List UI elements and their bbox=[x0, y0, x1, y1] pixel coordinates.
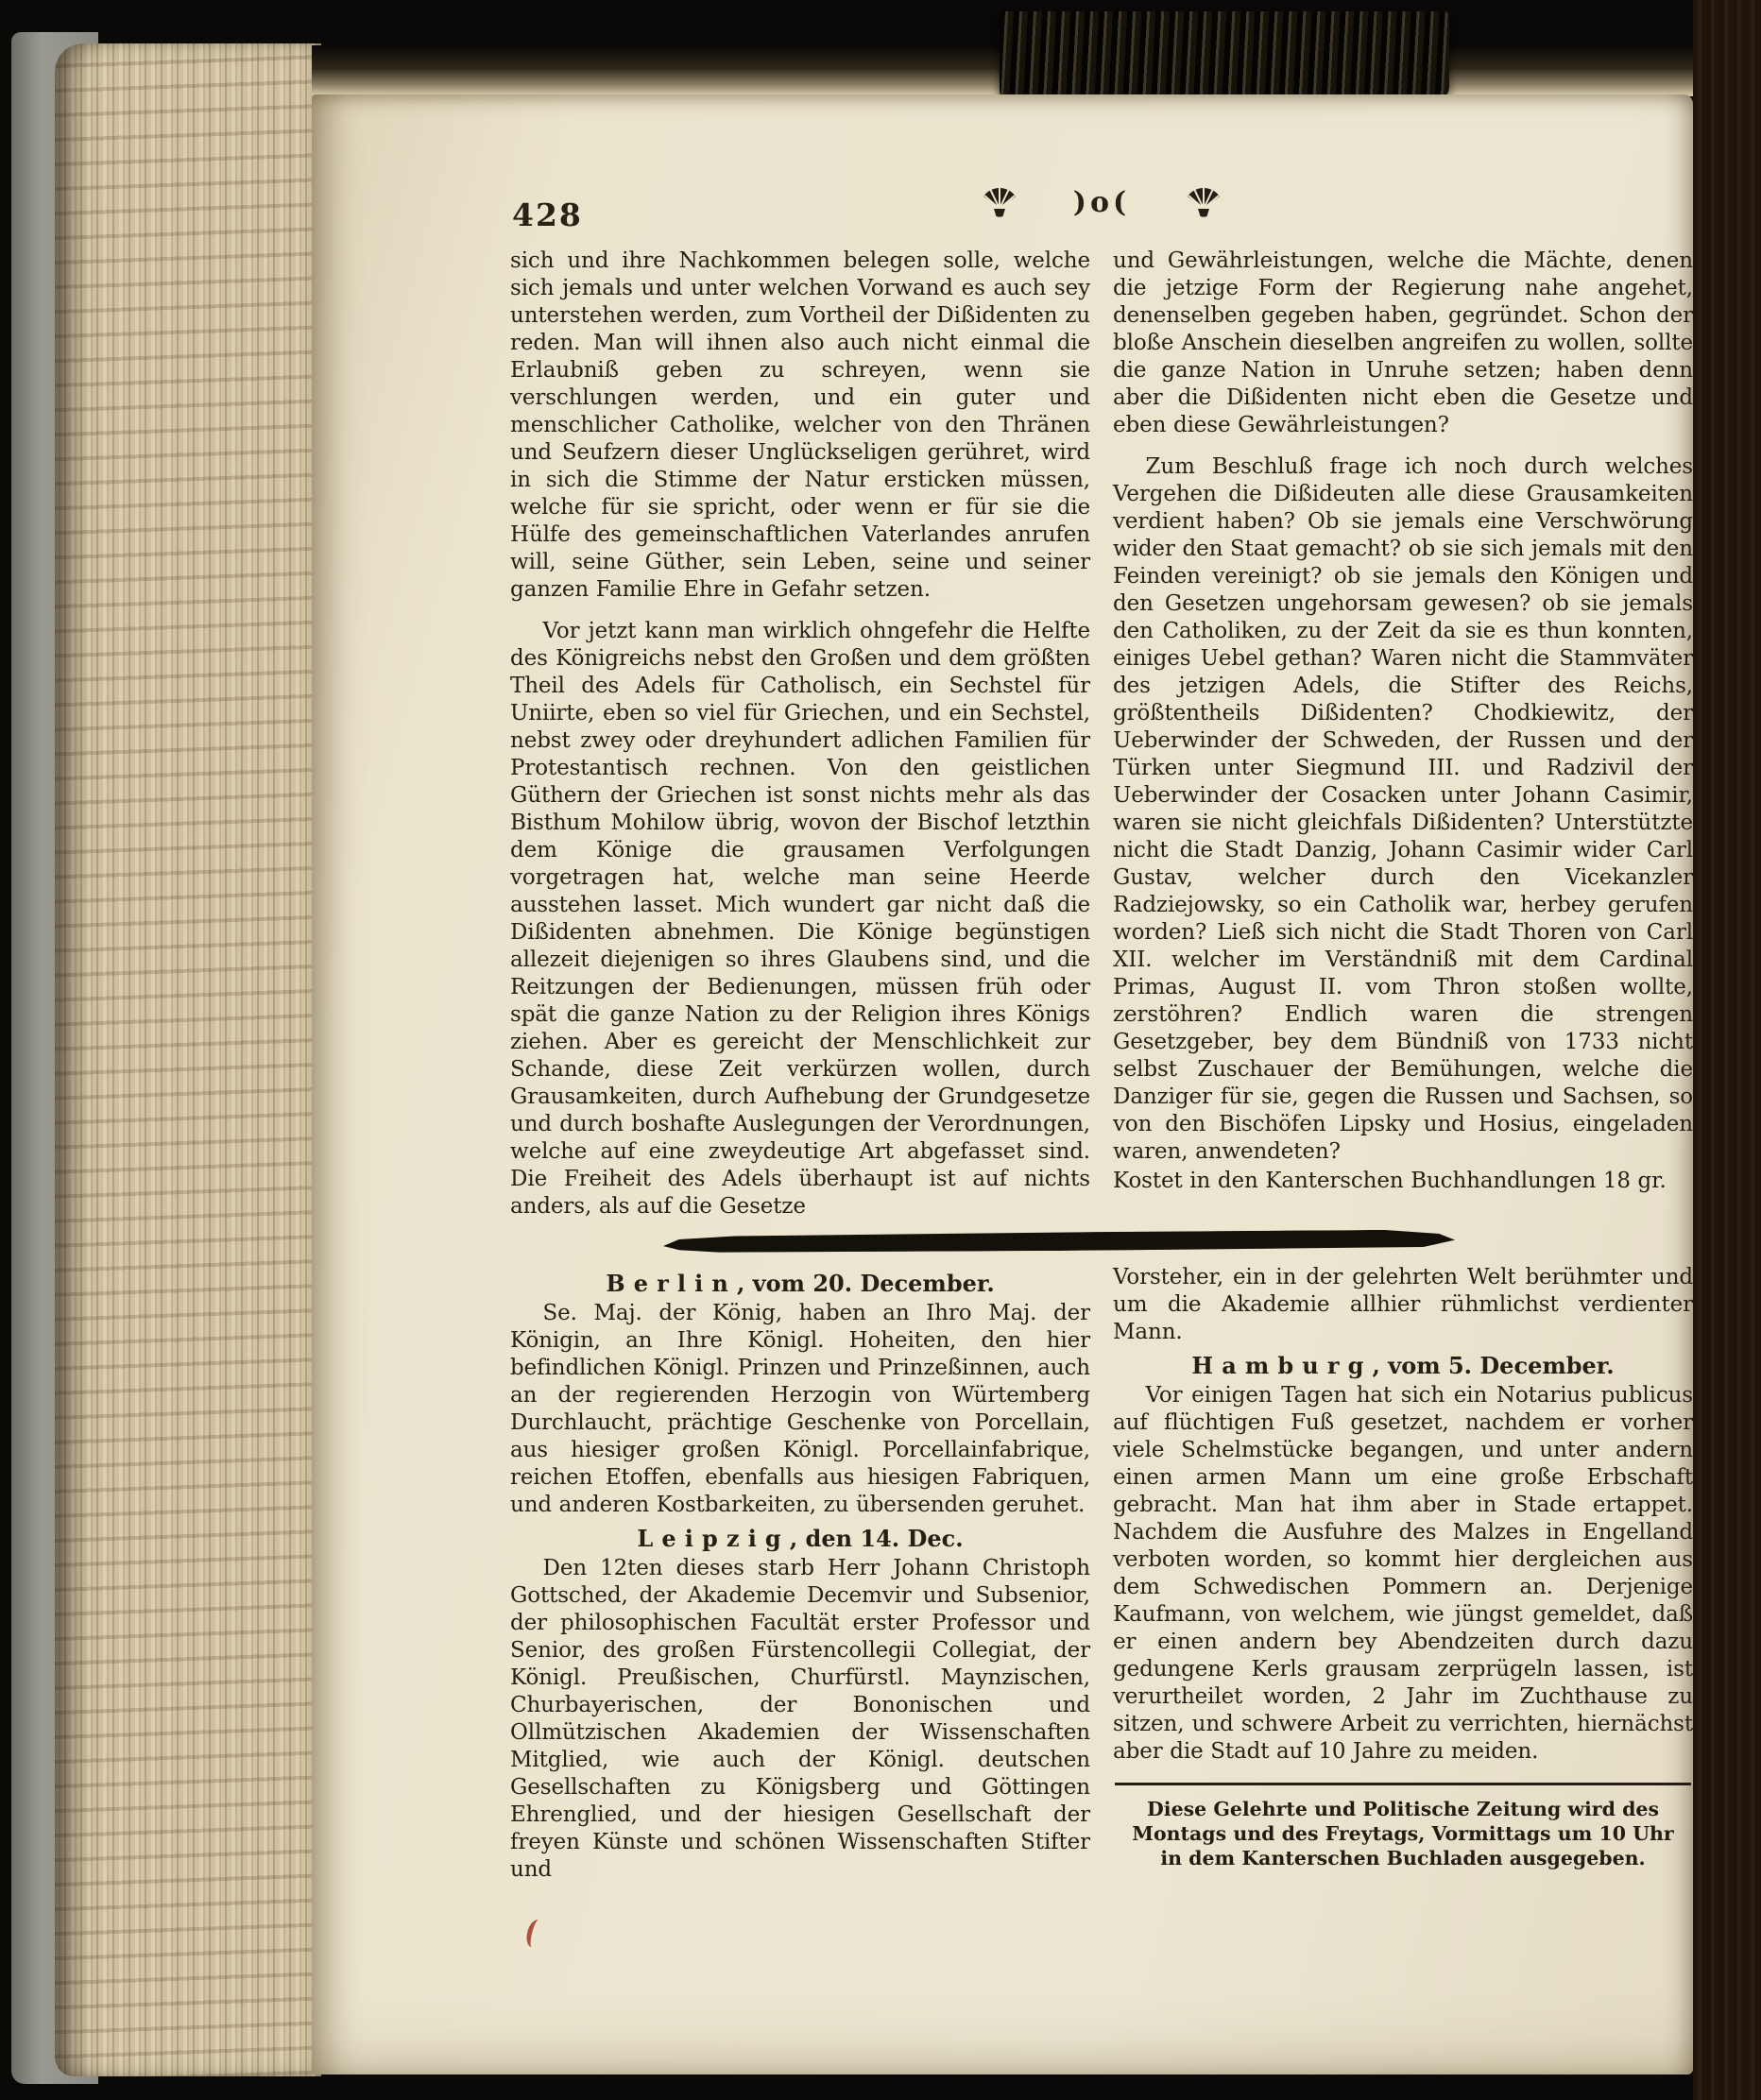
hamburg-dateline: , vom 5. December. bbox=[1373, 1352, 1615, 1379]
hamburg-city: Hamburg bbox=[1191, 1352, 1372, 1379]
hamburg-heading: Hamburg, vom 5. December. bbox=[1113, 1352, 1693, 1379]
article-paragraph: Vor jetzt kann man wirklich ohngefehr di… bbox=[510, 618, 1090, 1221]
article-paragraph: und Gewährleistungen, welche die Mächte,… bbox=[1113, 248, 1693, 439]
leipzig-dateline: , den 14. Dec. bbox=[790, 1525, 964, 1552]
footer-rule bbox=[1115, 1783, 1691, 1785]
section-divider-bar bbox=[663, 1229, 1455, 1253]
book-cover-right bbox=[1693, 0, 1761, 2100]
book-head-edge-texture bbox=[1000, 11, 1449, 100]
publication-note: Diese Gelehrte und Politische Zeitung wi… bbox=[1130, 1797, 1675, 1870]
hamburg-body: Vor einigen Tagen hat sich ein Notarius … bbox=[1113, 1382, 1693, 1766]
red-pen-mark bbox=[524, 1918, 547, 1949]
article-paragraph: sich und ihre Nachkommen belegen solle, … bbox=[510, 248, 1090, 604]
book-page: 428 )o( sich und ihr bbox=[312, 94, 1693, 2074]
news-right-column: Vorsteher, ein in der gelehrten Welt ber… bbox=[1113, 1264, 1693, 1884]
berlin-dateline: , vom 20. December. bbox=[737, 1270, 995, 1297]
berlin-body: Se. Maj. der König, haben an Ihro Maj. d… bbox=[510, 1300, 1090, 1519]
shell-ornament-icon bbox=[979, 183, 1020, 221]
news-left-column: Berlin, vom 20. December. Se. Maj. der K… bbox=[510, 1264, 1090, 1884]
article-paragraph: Zum Beschluß frage ich noch durch welche… bbox=[1113, 453, 1693, 1166]
news-columns: Berlin, vom 20. December. Se. Maj. der K… bbox=[510, 1264, 1693, 1884]
leipzig-body: Den 12ten dieses starb Herr Johann Chris… bbox=[510, 1555, 1090, 1884]
berlin-heading: Berlin, vom 20. December. bbox=[510, 1270, 1090, 1297]
page-content: sich und ihre Nachkommen belegen solle, … bbox=[510, 248, 1693, 1884]
leipzig-heading: Leipzig, den 14. Dec. bbox=[510, 1525, 1090, 1552]
berlin-city: Berlin bbox=[606, 1270, 737, 1297]
right-column: und Gewährleistungen, welche die Mächte,… bbox=[1113, 248, 1693, 1221]
article-columns: sich und ihre Nachkommen belegen solle, … bbox=[510, 248, 1693, 1221]
book-scan: 428 )o( sich und ihr bbox=[0, 0, 1761, 2100]
leipzig-city: Leipzig bbox=[637, 1525, 789, 1552]
left-column: sich und ihre Nachkommen belegen solle, … bbox=[510, 248, 1090, 1221]
section-divider-row bbox=[510, 1230, 1693, 1253]
price-line: Kostet in den Kanterschen Buchhandlungen… bbox=[1113, 1168, 1693, 1195]
header-ornaments: )o( bbox=[510, 183, 1693, 221]
center-ornament: )o( bbox=[1073, 186, 1130, 219]
news-continuation: Vorsteher, ein in der gelehrten Welt ber… bbox=[1113, 1264, 1693, 1346]
shell-ornament-icon bbox=[1183, 183, 1224, 221]
page-fore-edges bbox=[55, 43, 321, 2076]
